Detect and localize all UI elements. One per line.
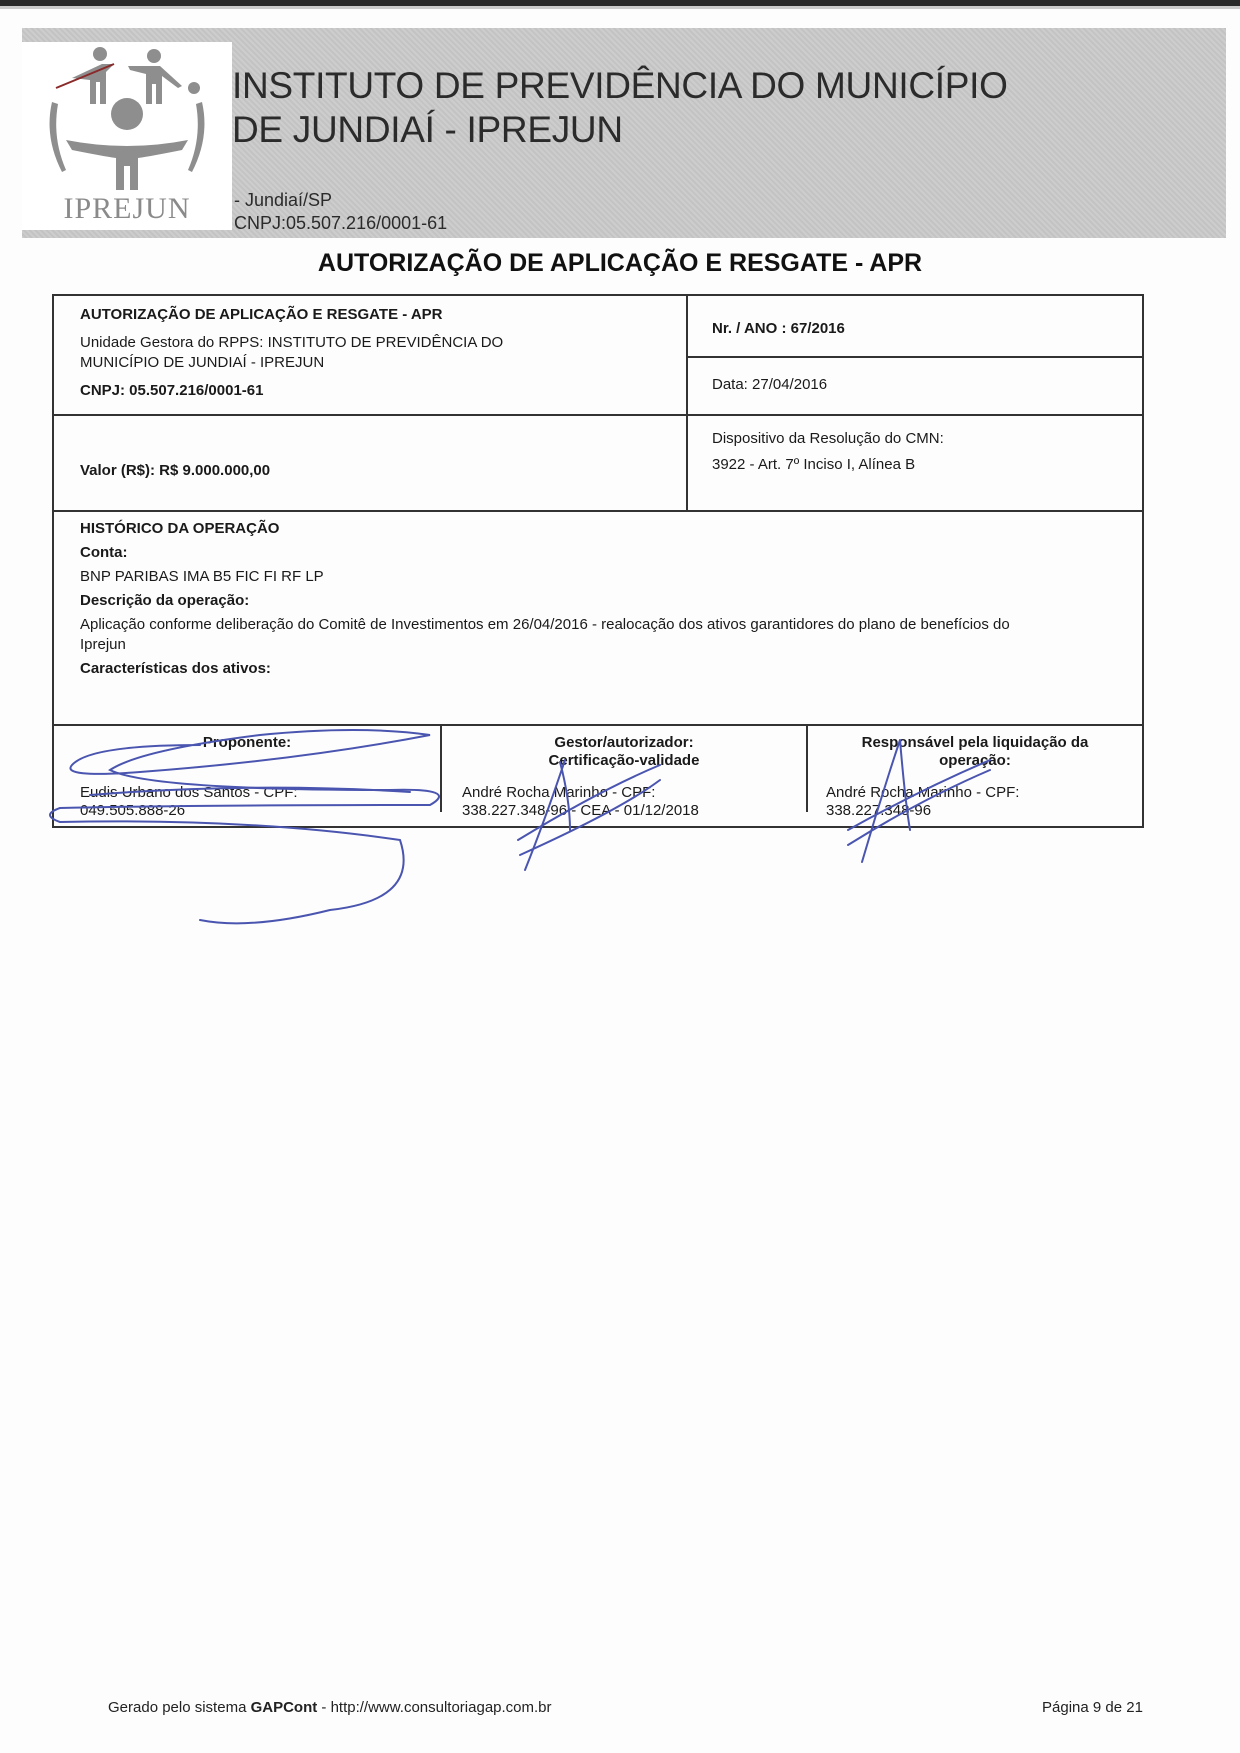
historico-title: HISTÓRICO DA OPERAÇÃO [80,520,279,537]
institution-cnpj: CNPJ:05.507.216/0001-61 [234,213,447,234]
institution-name-line2: DE JUNDIAÍ - IPREJUN [232,108,1008,152]
apr-form: AUTORIZAÇÃO DE APLICAÇÃO E RESGATE - APR… [52,294,1144,828]
page-number: Página 9 de 21 [1042,1699,1143,1716]
dispositivo-value: 3922 - Art. 7º Inciso I, Alínea B [712,456,915,473]
responsavel-role-line2: operação: [808,752,1142,769]
logo-text: IPREJUN [22,192,232,226]
scan-edge-shadow [0,6,1240,9]
footer-system-name: GAPCont [251,1699,318,1716]
numero-ano: Nr. / ANO : 67/2016 [712,320,845,337]
conta-label: Conta: [80,544,128,561]
people-circle-logo-icon [42,42,212,192]
unidade-gestora-line1: Unidade Gestora do RPPS: INSTITUTO DE PR… [80,334,503,351]
form-cnpj: CNPJ: 05.507.216/0001-61 [80,382,263,399]
gestor-cpf: 338.227.348-96 - CEA - 01/12/2018 [462,802,699,819]
footer-url[interactable]: - http://www.consultoriagap.com.br [317,1699,551,1716]
dispositivo-label: Dispositivo da Resolução do CMN: [712,430,944,447]
data-field: Data: 27/04/2016 [712,376,827,393]
row-divider [54,510,1142,512]
responsavel-name: André Rocha Marinho - CPF: [826,784,1019,801]
descricao-line1: Aplicação conforme deliberação do Comitê… [80,616,1010,633]
responsavel-role: Responsável pela liquidação da [808,734,1142,751]
row-divider [686,356,1142,358]
proponente-cpf: 049.505.888-26 [80,802,185,819]
conta-value: BNP PARIBAS IMA B5 FIC FI RF LP [80,568,324,585]
institution-name: INSTITUTO DE PREVIDÊNCIA DO MUNICÍPIO DE… [232,64,1008,152]
unidade-gestora-line2: MUNICÍPIO DE JUNDIAÍ - IPREJUN [80,354,324,371]
descricao-label: Descrição da operação: [80,592,249,609]
footer-prefix: Gerado pelo sistema [108,1699,251,1716]
descricao-line2: Iprejun [80,636,126,653]
row-divider [54,724,1142,726]
gestor-role: Gestor/autorizador: [442,734,806,751]
column-divider [686,296,688,510]
gestor-role-line2: Certificação-validade [442,752,806,769]
form-box-title: AUTORIZAÇÃO DE APLICAÇÃO E RESGATE - APR [80,306,443,323]
row-divider [54,414,1142,416]
institution-name-line1: INSTITUTO DE PREVIDÊNCIA DO MUNICÍPIO [232,64,1008,108]
document-title: AUTORIZAÇÃO DE APLICAÇÃO E RESGATE - APR [0,249,1240,278]
proponente-role: Proponente: [54,734,440,751]
valor-field: Valor (R$): R$ 9.000.000,00 [80,462,270,479]
responsavel-cpf: 338.227.348-96 [826,802,931,819]
proponente-name: Eudis Urbano dos Santos - CPF: [80,784,298,801]
footer-generated: Gerado pelo sistema GAPCont - http://www… [108,1699,552,1716]
institution-city: - Jundiaí/SP [234,190,332,211]
gestor-name: André Rocha Marinho - CPF: [462,784,655,801]
caracteristicas-label: Características dos ativos: [80,660,271,677]
logo: IPREJUN [22,42,232,230]
